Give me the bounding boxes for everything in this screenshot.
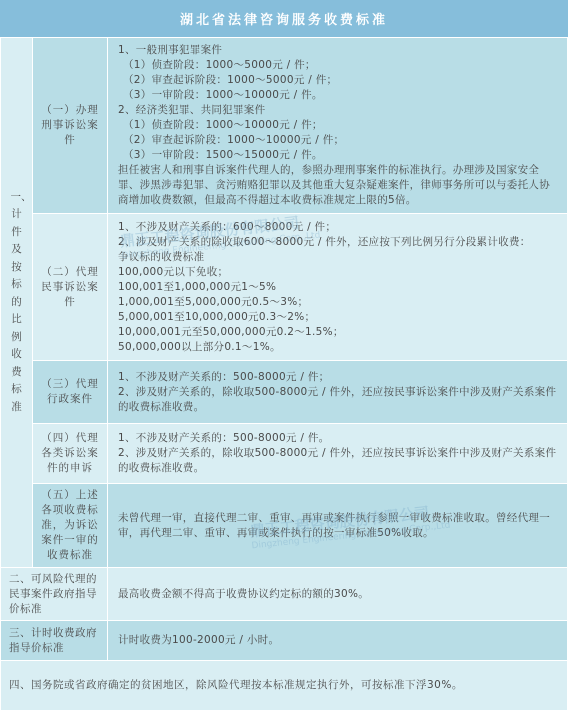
section4-cell: 四、国务院或省政府确定的贫困地区，除风险代理按本标准规定执行外，可按标准下浮30… (1, 661, 568, 710)
content-line: 1、不涉及财产关系的：500-8000元 / 件； (118, 370, 559, 385)
section1-label: 一、计件及按标的比例收费标准 (11, 189, 23, 417)
category-label: （二）代理民事诉讼案件 (41, 266, 99, 308)
content-cell: 1、不涉及财产关系的：500-8000元 / 件； 2、涉及财产关系的，除收取5… (108, 361, 568, 424)
content-cell: 1、不涉及财产关系的：600～8000元 / 件； 2、涉及财产关系的除收取60… (108, 214, 568, 361)
table-title: 湖北省法律咨询服务收费标准 (0, 0, 568, 37)
category-cell: （五）上述各项收费标准，为诉讼案件一审的收费标准 (33, 484, 108, 568)
content-line: 100,001至1,000,000元1～5% (118, 280, 559, 295)
content-line: 10,000,001元至50,000,000元0.2～1.5%； (118, 325, 559, 340)
content-line: 争议标的收费标准 (118, 250, 559, 265)
section2-label-cell: 二、可风险代理的民事案件政府指导价标准 (1, 568, 108, 621)
content-line: 50,000,000以上部分0.1～1%。 (118, 340, 559, 355)
content-line: （2）审查起诉阶段：1000～5000元 / 件； (118, 73, 559, 88)
category-label: （一）办理刑事诉讼案件 (41, 104, 99, 146)
content-line: 2、涉及财产关系的，除收取500-8000元 / 件外，还应按民事诉讼案件中涉及… (118, 385, 559, 415)
table-row: （二）代理民事诉讼案件 1、不涉及财产关系的：600～8000元 / 件； 2、… (1, 214, 568, 361)
section2-content: 最高收费金额不得高于收费协议约定标的额的30%。 (118, 588, 369, 600)
category-cell: （四）代理各类诉讼案件的申诉 (33, 424, 108, 484)
content-line: （1）侦查阶段：1000～10000元 / 件； (118, 118, 559, 133)
table-row: （三）代理行政案件 1、不涉及财产关系的：500-8000元 / 件； 2、涉及… (1, 361, 568, 424)
section3-label: 三、计时收费政府指导价标准 (9, 627, 97, 654)
fee-standard-table: 一、计件及按标的比例收费标准 （一）办理刑事诉讼案件 1、一般刑事犯罪案件 （1… (0, 37, 568, 710)
content-line: 1、不涉及财产关系的：600～8000元 / 件； (118, 220, 559, 235)
section3-content: 计时收费为100-2000元 / 小时。 (118, 634, 279, 646)
table-row: 三、计时收费政府指导价标准 计时收费为100-2000元 / 小时。 (1, 621, 568, 661)
section2-label: 二、可风险代理的民事案件政府指导价标准 (9, 573, 97, 615)
section4-content: 四、国务院或省政府确定的贫困地区，除风险代理按本标准规定执行外，可按标准下浮30… (9, 679, 463, 691)
content-line: （1）侦查阶段：1000～5000元 / 件； (118, 58, 559, 73)
content-line: 担任被害人和刑事自诉案件代理人的，参照办理刑事案件的标准执行。办理涉及国家安全罪… (118, 163, 559, 208)
content-line: （2）审查起诉阶段：1000～10000元 / 件； (118, 133, 559, 148)
content-line: 2、涉及财产关系的除收取600～8000元 / 件外，还应按下列比例另行分段累计… (118, 235, 559, 250)
section3-label-cell: 三、计时收费政府指导价标准 (1, 621, 108, 661)
table-row: 二、可风险代理的民事案件政府指导价标准 最高收费金额不得高于收费协议约定标的额的… (1, 568, 568, 621)
section3-content-cell: 计时收费为100-2000元 / 小时。 (108, 621, 568, 661)
content-line: 100,000元以下免收； (118, 265, 559, 280)
content-line: 未曾代理一审，直接代理二审、重审、再审或案件执行参照一审收费标准收取。曾经代理一… (118, 511, 559, 541)
table-row: 一、计件及按标的比例收费标准 （一）办理刑事诉讼案件 1、一般刑事犯罪案件 （1… (1, 38, 568, 214)
content-line: 2、涉及财产关系的，除收取500-8000元 / 件外，还应按民事诉讼案件中涉及… (118, 446, 559, 476)
content-cell: 1、不涉及财产关系的：500-8000元 / 件。 2、涉及财产关系的，除收取5… (108, 424, 568, 484)
content-line: （3）一审阶段：1500～15000元 / 件。 (118, 148, 559, 163)
table-row: （四）代理各类诉讼案件的申诉 1、不涉及财产关系的：500-8000元 / 件。… (1, 424, 568, 484)
category-label: （五）上述各项收费标准，为诉讼案件一审的收费标准 (41, 489, 99, 561)
section2-content-cell: 最高收费金额不得高于收费协议约定标的额的30%。 (108, 568, 568, 621)
section1-label-cell: 一、计件及按标的比例收费标准 (1, 38, 33, 568)
table-row: 四、国务院或省政府确定的贫困地区，除风险代理按本标准规定执行外，可按标准下浮30… (1, 661, 568, 710)
content-line: 1、不涉及财产关系的：500-8000元 / 件。 (118, 431, 559, 446)
category-label: （三）代理行政案件 (41, 378, 99, 405)
category-label: （四）代理各类诉讼案件的申诉 (41, 432, 99, 474)
content-line: 2、经济类犯罪、共同犯罪案件 (118, 103, 559, 118)
category-cell: （一）办理刑事诉讼案件 (33, 38, 108, 214)
table-row: （五）上述各项收费标准，为诉讼案件一审的收费标准 未曾代理一审，直接代理二审、重… (1, 484, 568, 568)
content-line: 1,000,001至5,000,000元0.5～3%； (118, 295, 559, 310)
content-cell: 1、一般刑事犯罪案件 （1）侦查阶段：1000～5000元 / 件； （2）审查… (108, 38, 568, 214)
content-line: （3）一审阶段：1000～10000元 / 件。 (118, 88, 559, 103)
content-line: 1、一般刑事犯罪案件 (118, 43, 559, 58)
category-cell: （二）代理民事诉讼案件 (33, 214, 108, 361)
category-cell: （三）代理行政案件 (33, 361, 108, 424)
content-line: 5,000,001至10,000,000元0.3～2%； (118, 310, 559, 325)
content-cell: 未曾代理一审，直接代理二审、重审、再审或案件执行参照一审收费标准收取。曾经代理一… (108, 484, 568, 568)
